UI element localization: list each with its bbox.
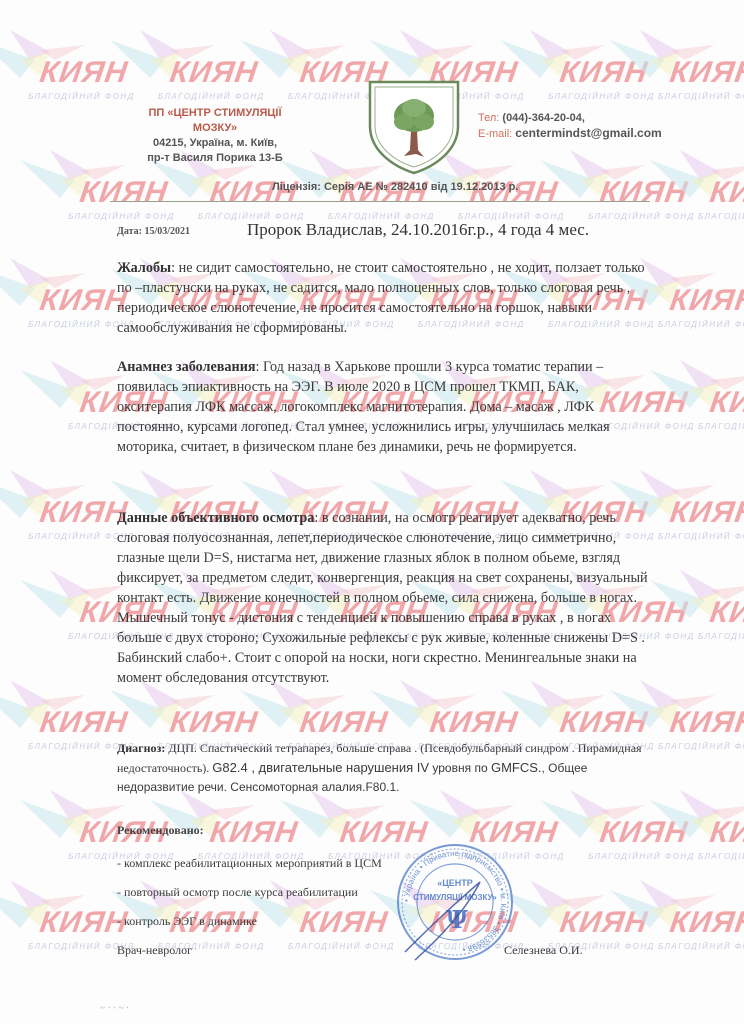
email-line: E-mail: centermindst@gmail.com	[478, 126, 662, 142]
address-line-1: 04215, Україна, м. Київ,	[130, 136, 300, 151]
kyian-watermark: КИЯНБЛАГОДІЙНИЙ ФОНД	[650, 360, 744, 440]
anamnesis-section: Анамнез заболевания: Год назад в Харьков…	[117, 357, 657, 457]
organization-name: ПП «ЦЕНТР СТИМУЛЯЦІЇ МОЗКУ»	[130, 106, 300, 136]
stamp-line-1: «ЦЕНТР	[437, 878, 473, 888]
bird-watermark-icon	[0, 880, 90, 930]
report-date: Дата: 15/03/2021	[117, 226, 190, 237]
bird-watermark-icon	[650, 790, 744, 840]
examination-text: : в сознании, на осмотр реагирует адеква…	[117, 510, 648, 686]
bird-watermark-icon	[540, 790, 650, 840]
recommendation-item: - повторный осмотр после курса реабилита…	[117, 885, 358, 900]
bird-watermark-icon	[650, 360, 744, 410]
medical-report: Дата: 15/03/2021 Пророк Владислав, 24.10…	[117, 220, 657, 248]
bird-watermark-icon	[610, 880, 720, 930]
recommended-label: Рекомендовано:	[117, 823, 204, 837]
address-line-2: пр-т Василя Порика 13-Б	[130, 151, 300, 166]
diagnosis-gmfcs: GMFCS.	[491, 760, 542, 775]
kyian-watermark: КИЯНБЛАГОДІЙНИЙ ФОНД	[650, 790, 744, 870]
phone-line: Тел: (044)-364-20-04,	[478, 111, 662, 126]
contact-block: Тел: (044)-364-20-04, E-mail: centermind…	[478, 111, 662, 142]
stamp-line-2: СТИМУЛЯЦІЇ МОЗКУ»	[413, 893, 497, 902]
license-line: Ліцензія: Серія АЕ № 282410 від 19.12.20…	[272, 181, 518, 193]
patient-info: Пророк Владислав, 24.10.2016г.р., 4 года…	[247, 220, 589, 240]
complaints-section: Жалобы: не сидит самостоятельно, не стои…	[117, 258, 657, 338]
date-patient-line: Дата: 15/03/2021 Пророк Владислав, 24.10…	[117, 220, 657, 248]
bird-watermark-icon	[0, 258, 90, 308]
bird-watermark-icon	[280, 790, 390, 840]
kyian-watermark: КИЯНБЛАГОДІЙНИЙ ФОНД	[0, 680, 100, 760]
diagnosis-code: G82.4 , двигательные нарушения IV	[212, 760, 429, 775]
complaints-label: Жалобы	[117, 260, 171, 276]
examination-section: Данные объективного осмотра: в сознании,…	[117, 508, 657, 688]
phone-number: (044)-364-20-04,	[502, 112, 585, 124]
tree-shield-icon	[366, 78, 462, 176]
kyian-watermark: КИЯНБЛАГОДІЙНИЙ ФОНД	[540, 790, 660, 870]
bird-watermark-icon	[20, 570, 130, 620]
anamnesis-label: Анамнез заболевания	[117, 359, 256, 375]
date-label: Дата:	[117, 226, 142, 237]
letterhead: ПП «ЦЕНТР СТИМУЛЯЦІЇ МОЗКУ» 04215, Украї…	[0, 0, 744, 210]
kyian-watermark: КИЯНБЛАГОДІЙНИЙ ФОНД	[0, 258, 100, 338]
kyian-watermark: КИЯНБЛАГОДІЙНИЙ ФОНД	[610, 880, 730, 960]
bird-watermark-icon	[500, 880, 610, 930]
kyian-watermark: КИЯНБЛАГОДІЙНИЙ ФОНД	[0, 470, 100, 550]
bird-watermark-icon	[20, 360, 130, 410]
diagnosis-section: Диагноз: ДЦП. Спастический тетрапарез, б…	[117, 739, 657, 797]
bird-watermark-icon	[650, 570, 744, 620]
bird-watermark-icon	[0, 470, 90, 520]
recommendation-item: - контроль ЭЭГ в динамике	[117, 914, 257, 929]
diagnosis-label: Диагноз:	[117, 741, 165, 755]
recommendations-heading: Рекомендовано:	[117, 821, 204, 839]
bird-watermark-icon	[0, 680, 90, 730]
signature-name: Селезнева О.И.	[504, 943, 583, 958]
complaints-text: : не сидит самостоятельно, не стоит само…	[117, 260, 645, 336]
email-label: E-mail:	[478, 128, 512, 140]
kyian-watermark: КИЯНБЛАГОДІЙНИЙ ФОНД	[650, 570, 744, 650]
faint-scribble: ~ ⸱ ⸱ ~ ⸱	[100, 1000, 129, 1014]
recommendation-item: - комплекс реабилитационных мероприятий …	[117, 856, 382, 871]
diagnosis-text-3: уровня по	[429, 761, 491, 775]
kyian-watermark: КИЯНБЛАГОДІЙНИЙ ФОНД	[0, 880, 100, 960]
date-value: 15/03/2021	[145, 226, 191, 237]
official-stamp: • Україна • Приватне підприємство • м. К…	[395, 842, 515, 962]
bird-watermark-icon	[20, 790, 130, 840]
organization-block: ПП «ЦЕНТР СТИМУЛЯЦІЇ МОЗКУ» 04215, Украї…	[130, 106, 300, 166]
email-address: centermindst@gmail.com	[515, 126, 661, 140]
bird-watermark-icon	[410, 790, 520, 840]
examination-label: Данные объективного осмотра	[117, 510, 314, 526]
phone-label: Тел:	[478, 112, 499, 124]
header-divider	[110, 201, 650, 202]
signature-role: Врач-невролог	[117, 943, 192, 958]
